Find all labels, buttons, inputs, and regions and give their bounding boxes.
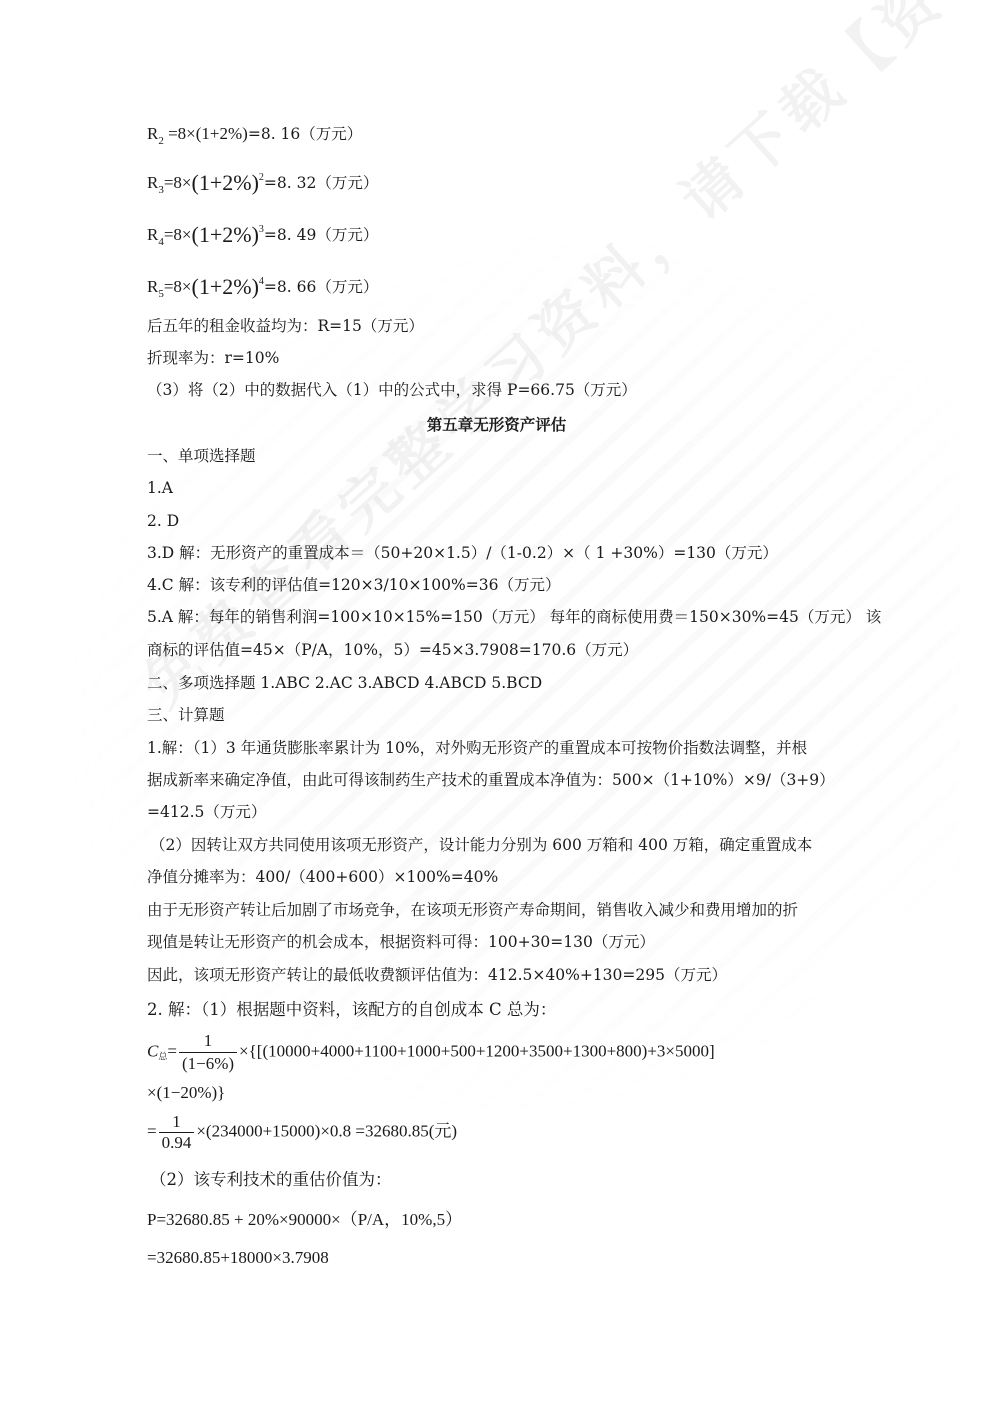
later-five-years-rent: 后五年的租金收益均为：R=15（万元）	[147, 316, 424, 336]
calc-q1-line-8: 因此，该项无形资产转让的最低收费额评估值为：412.5×40%+130=295（…	[147, 965, 727, 985]
calc-q1-line-1: 1.解：（1）3 年通货膨胀率累计为 10%，对外购无形资产的重置成本可按物价指…	[147, 738, 807, 758]
single-choice-heading: 一、单项选择题	[147, 446, 256, 466]
calc-q1-line-5: 净值分摊率为：400/（400+600）×100%=40%	[147, 867, 498, 887]
eq2-prefix: =	[147, 1121, 157, 1140]
calc-q1-line-3: =412.5（万元）	[147, 802, 266, 822]
calc-q2-step2: （2）该专利技术的重估价值为：	[150, 1170, 392, 1190]
calc-q1-line-6: 由于无形资产转让后加剧了市场竞争，在该项无形资产寿命期间，销售收入减少和费用增加…	[147, 900, 798, 920]
r4-result: =8. 49（万元）	[264, 226, 378, 244]
formula-r3: R3=8×(1+2%)2=8. 32（万元）	[147, 168, 378, 200]
fraction-1-den: (1−6%)	[179, 1053, 237, 1075]
single-choice-item-1: 1.A	[147, 478, 173, 498]
single-choice-item-2: 2. D	[147, 511, 179, 531]
r2-label: R	[147, 124, 158, 143]
calc-q2-intro: 2. 解：（1）根据题中资料，该配方的自创成本 C 总为：	[147, 1000, 556, 1020]
calc-q1-line-4: （2）因转让双方共同使用该项无形资产，设计能力分别为 600 万箱和 400 万…	[150, 835, 812, 855]
fraction-1-num: 1	[179, 1030, 237, 1053]
single-choice-item-4: 4.C 解：该专利的评估值=120×3/10×100%=36（万元）	[147, 575, 560, 595]
r3-expr-a: =8×	[164, 173, 192, 192]
r5-label: R	[147, 277, 158, 296]
eq2-rest: ×(234000+15000)×0.8 =32680.85(元)	[196, 1121, 457, 1140]
fraction-1: 1(1−6%)	[179, 1030, 237, 1075]
formula-c-total-result: =10.94×(234000+15000)×0.8 =32680.85(元)	[147, 1112, 457, 1153]
formula-p: P=32680.85 + 20%×90000×（P/A，10%,5）	[147, 1210, 462, 1230]
c-label: C	[147, 1041, 158, 1060]
single-choice-item-5: 5.A 解：每年的销售利润=100×10×15%=150（万元） 每年的商标使用…	[147, 607, 881, 627]
calc-q1-line-2: 据成新率来确定净值，由此可得该制药生产技术的重置成本净值为：500×（1+10%…	[147, 770, 835, 790]
formula-r4: R4=8×(1+2%)3=8. 49（万元）	[147, 220, 378, 252]
c-sub: 总	[158, 1051, 167, 1061]
r4-expr-a: =8×	[164, 225, 192, 244]
single-choice-item-3: 3.D 解：无形资产的重置成本＝（50+20×1.5）/（1-0.2）×（ 1 …	[147, 543, 778, 563]
single-choice-item-5-cont: 商标的评估值=45×（P/A，10%，5）=45×3.7908=170.6（万元…	[147, 640, 638, 660]
r3-expr-b: (1+2%)	[192, 170, 259, 195]
r2-sub: 2	[158, 135, 164, 147]
formula-p-cont: =32680.85+18000×3.7908	[147, 1248, 329, 1268]
chapter-title: 第五章无形资产评估	[0, 413, 993, 435]
multi-choice-answers: 二、多项选择题 1.ABC 2.AC 3.ABCD 4.ABCD 5.BCD	[147, 673, 542, 693]
fraction-2-den: 0.94	[159, 1133, 195, 1153]
formula-c-total: C总=1(1−6%)×{[(10000+4000+1100+1000+500+1…	[147, 1030, 715, 1075]
r2-expr: =8×(1+2%)	[168, 124, 248, 143]
r4-expr-b: (1+2%)	[192, 222, 259, 247]
r5-expr-b: (1+2%)	[192, 274, 259, 299]
discount-rate: 折现率为：r=10%	[147, 348, 279, 368]
formula-r2: R2 =8×(1+2%)=8. 16（万元）	[147, 124, 362, 151]
fraction-2-num: 1	[159, 1112, 195, 1133]
formula-c-total-rest: ×{[(10000+4000+1100+1000+500+1200+3500+1…	[239, 1041, 715, 1060]
r3-label: R	[147, 173, 158, 192]
calc-heading: 三、计算题	[147, 705, 225, 725]
calc-q1-line-7: 现值是转让无形资产的机会成本，根据资料可得：100+30=130（万元）	[147, 932, 655, 952]
r5-result: =8. 66（万元）	[264, 278, 378, 296]
r5-expr-a: =8×	[164, 277, 192, 296]
r3-result: =8. 32（万元）	[264, 174, 378, 192]
formula-c-total-cont: ×(1−20%)}	[147, 1083, 225, 1103]
step3-result: （3）将（2）中的数据代入（1）中的公式中，求得 P=66.75（万元）	[147, 380, 637, 400]
fraction-2: 10.94	[159, 1112, 195, 1153]
formula-r5: R5=8×(1+2%)4=8. 66（万元）	[147, 272, 378, 304]
r4-label: R	[147, 225, 158, 244]
r2-result: =8. 16（万元）	[248, 125, 362, 143]
